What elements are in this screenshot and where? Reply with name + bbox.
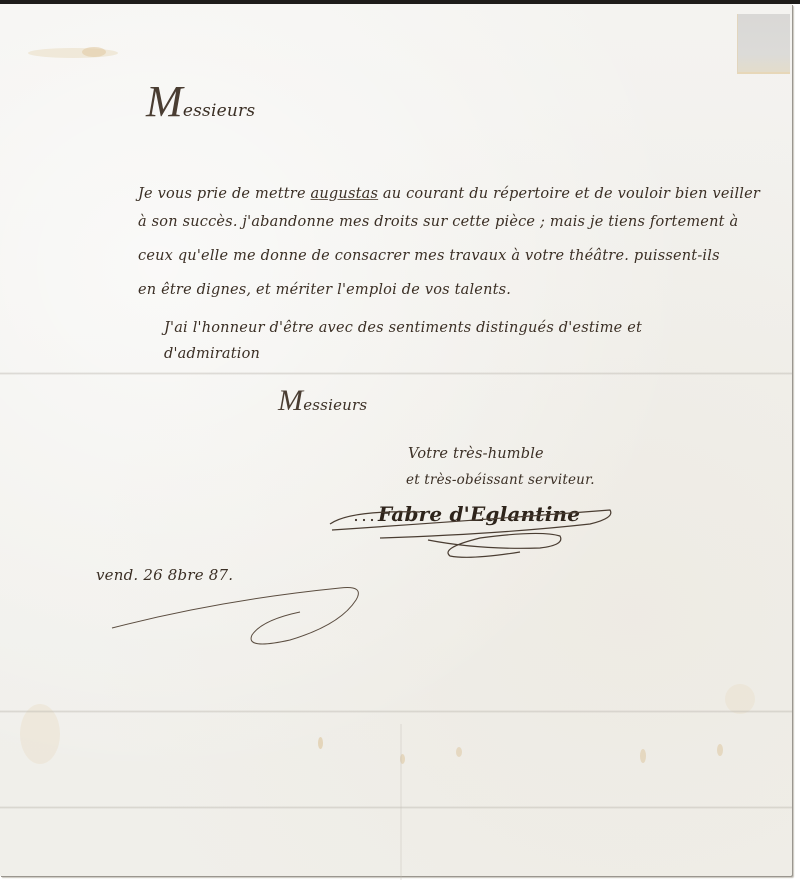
dateline: vend. 26 8bre 87. bbox=[96, 566, 233, 584]
signature-flourish bbox=[0, 0, 800, 881]
